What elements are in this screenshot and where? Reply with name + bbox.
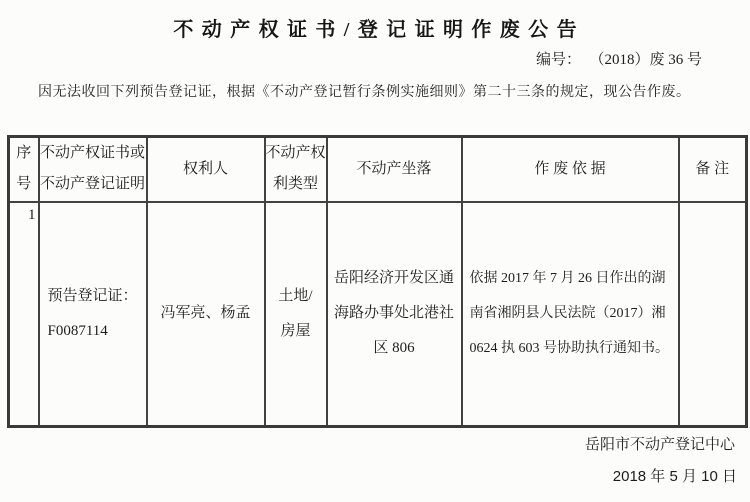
page-title: 不动产权证书/登记证明作废公告 [0,13,750,42]
invalidation-table: 序 号 不动产权证书或 不动产登记证明 权利人 不动产权 利类型 不动产坐落 作… [7,135,748,428]
notice-document: 不动产权证书/登记证明作废公告 编号：（2018）废 36 号 因无法收回下列预… [0,0,750,502]
cell-holder: 冯军亮、杨孟 [147,202,265,427]
cell-seq: 1 [9,202,39,427]
issue-date: 2018 年 5 月 10 日 [613,465,737,486]
header-basis: 作 废 依 据 [462,137,679,202]
cell-basis: 依据 2017 年 7 月 26 日作出的湖 南省湘阴县人民法院（2017）湘 … [462,202,679,427]
cell-certificate: 预告登记证： F0087114 [39,202,147,427]
doc-number-label: 编号： [536,52,581,68]
notice-body: 因无法收回下列预告登记证，根据《不动产登记暂行条例实施细则》第二十三条的规定，现… [38,81,728,101]
header-remark: 备 注 [679,137,747,202]
doc-number-value: （2018）废 36 号 [597,52,702,68]
cell-remark [679,202,747,427]
header-certificate: 不动产权证书或 不动产登记证明 [39,137,147,202]
header-right-type: 不动产权 利类型 [265,137,327,202]
issuer-name: 岳阳市不动产登记中心 [585,433,735,454]
cell-location: 岳阳经济开发区通 海路办事处北港社 区 806 [327,202,462,427]
header-holder: 权利人 [147,137,265,202]
table-header-row: 序 号 不动产权证书或 不动产登记证明 权利人 不动产权 利类型 不动产坐落 作… [9,137,747,202]
header-seq: 序 号 [9,137,39,202]
header-location: 不动产坐落 [327,137,462,202]
cell-right-type: 土地/ 房屋 [265,202,327,427]
table-row: 1 预告登记证： F0087114 冯军亮、杨孟 土地/ 房屋 岳阳经济开发区通… [9,202,747,427]
doc-number: 编号：（2018）废 36 号 [536,48,702,69]
